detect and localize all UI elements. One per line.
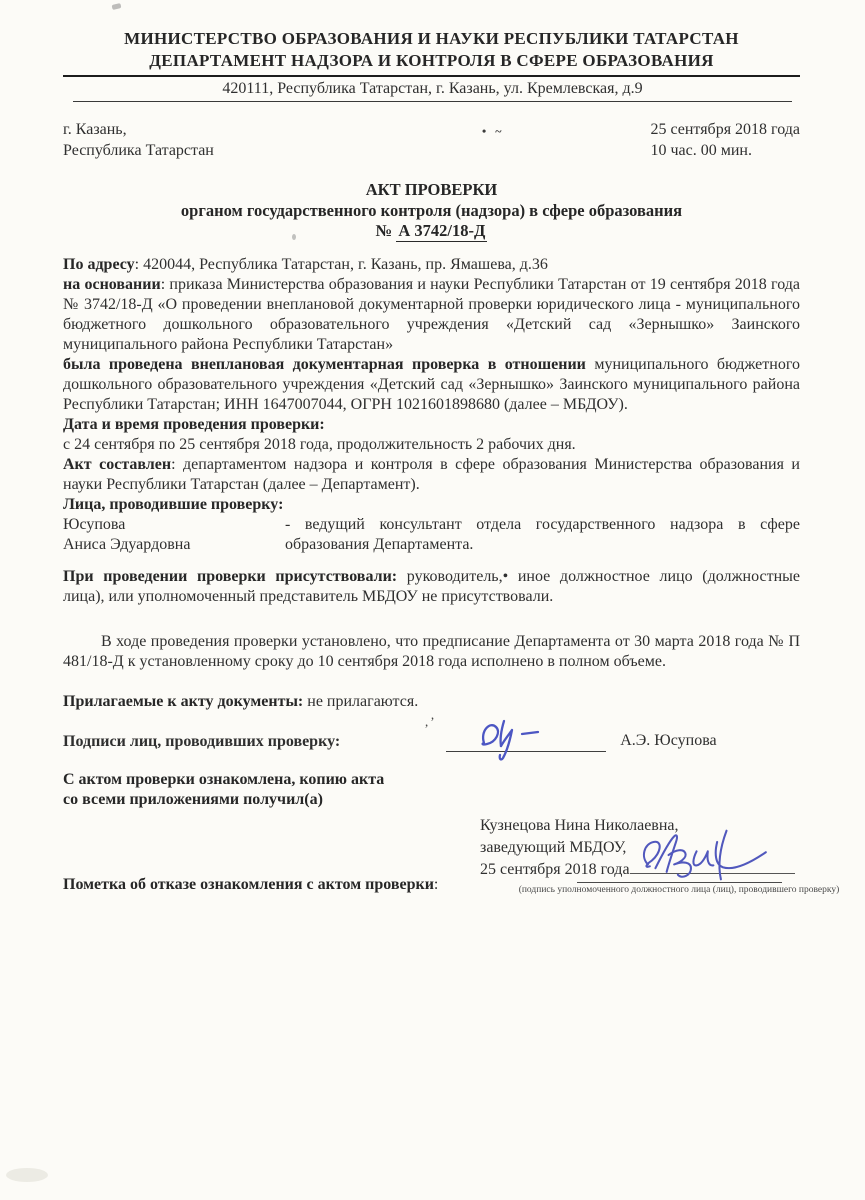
paragraph-address: По адресу: 420044, Республика Татарстан,… xyxy=(63,255,800,275)
ack-line1: С актом проверки ознакомлена, копию акта xyxy=(63,770,800,790)
inspector-signature-name: А.Э. Юсупова xyxy=(620,730,716,752)
attachments-label: Прилагаемые к акту документы: xyxy=(63,693,303,710)
acknowledgment-section: С актом проверки ознакомлена, копию акта… xyxy=(63,770,800,895)
title-line2: органом государственного контроля (надзо… xyxy=(63,201,800,222)
basis-value: : приказа Министерства образования и нау… xyxy=(63,276,800,353)
act-time: 10 час. 00 мин. xyxy=(650,140,800,161)
datetime-label: Дата и время проведения проверки: xyxy=(63,416,325,433)
letterhead-rule xyxy=(63,75,800,77)
inspector-name-column: Юсупова Аниса Эдуардовна xyxy=(63,515,285,555)
composed-value: : департаментом надзора и контроля в сфе… xyxy=(63,456,800,493)
date-block: 25 сентября 2018 года 10 час. 00 мин. xyxy=(650,119,800,161)
place-region: Республика Татарстан xyxy=(63,140,214,161)
conducted-label: была проведена внеплановая документарная… xyxy=(63,356,586,373)
signature-caption: (подпись уполномоченного должностного ли… xyxy=(503,885,855,896)
refusal-colon: : xyxy=(434,876,438,893)
signatures-label: Подписи лиц, проводивших проверку: xyxy=(63,732,340,752)
paragraph-datetime-label: Дата и время проведения проверки: xyxy=(63,415,800,435)
refusal-label: Пометка об отказе ознакомления с актом п… xyxy=(63,876,434,893)
paragraph-inspectors-label: Лица, проводившие проверку: xyxy=(63,495,800,515)
place-city: г. Казань, xyxy=(63,119,214,140)
letterhead-address: 420111, Республика Татарстан, г. Казань,… xyxy=(73,79,792,102)
paragraph-attendees: При проведении проверки присутствовали: … xyxy=(63,567,800,607)
scan-artifact-row: ,’ xyxy=(63,712,800,728)
place-block: г. Казань, Республика Татарстан xyxy=(63,119,214,161)
paragraph-datetime-value: с 24 сентября по 25 сентября 2018 года, … xyxy=(63,435,800,455)
ack-line2: со всеми приложениями получил(а) xyxy=(63,790,800,810)
scan-artifact-mark: • ~ xyxy=(482,121,504,142)
paragraph-findings: В ходе проведения проверки установлено, … xyxy=(63,632,800,672)
scan-speck xyxy=(6,1168,48,1182)
inspector-role: - ведущий консультант отдела государстве… xyxy=(285,515,800,555)
paragraph-composed: Акт составлен: департаментом надзора и к… xyxy=(63,455,800,495)
datetime-value: с 24 сентября по 25 сентября 2018 года, … xyxy=(63,436,576,453)
act-date: 25 сентября 2018 года xyxy=(650,119,800,140)
department-name: ДЕПАРТАМЕНТ НАДЗОРА И КОНТРОЛЯ В СФЕРЕ О… xyxy=(63,50,800,72)
paragraph-basis: на основании: приказа Министерства образ… xyxy=(63,275,800,355)
inspector-given-names: Аниса Эдуардовна xyxy=(63,535,285,555)
document-body: По адресу: 420044, Республика Татарстан,… xyxy=(63,255,800,895)
document-title: АКТ ПРОВЕРКИ органом государственного ко… xyxy=(63,180,800,242)
inspector-signature-handwriting-icon xyxy=(474,715,552,761)
address-label: По адресу xyxy=(63,256,135,273)
inspector-row: Юсупова Аниса Эдуардовна - ведущий консу… xyxy=(63,515,800,555)
recipient-signature-handwriting-icon xyxy=(630,827,780,885)
attendees-label: При проведении проверки присутствовали: xyxy=(63,568,397,585)
paragraph-conducted: была проведена внеплановая документарная… xyxy=(63,355,800,415)
caption-signature-line xyxy=(577,882,782,883)
inspector-signature-line xyxy=(446,730,606,752)
scan-artifact-mark: ,’ xyxy=(425,712,437,732)
recipient-date: 25 сентября 2018 года xyxy=(480,861,630,878)
composed-label: Акт составлен xyxy=(63,456,171,473)
inspector-surname: Юсупова xyxy=(63,515,285,535)
address-value: : 420044, Республика Татарстан, г. Казан… xyxy=(135,256,548,273)
signature-caption-block: (подпись уполномоченного должностного ли… xyxy=(503,882,855,896)
inspectors-label: Лица, проводившие проверку: xyxy=(63,496,283,513)
title-line1: АКТ ПРОВЕРКИ xyxy=(63,180,800,201)
place-date-row: г. Казань, Республика Татарстан • ~ 25 с… xyxy=(63,119,800,161)
title-number-line: № А 3742/18-Д xyxy=(63,221,800,242)
recipient-signature-line xyxy=(630,860,795,874)
letterhead: МИНИСТЕРСТВО ОБРАЗОВАНИЯ И НАУКИ РЕСПУБЛ… xyxy=(63,28,800,102)
document-page: МИНИСТЕРСТВО ОБРАЗОВАНИЯ И НАУКИ РЕСПУБЛ… xyxy=(0,0,865,895)
paragraph-attachments: Прилагаемые к акту документы: не прилага… xyxy=(63,692,800,712)
attachments-value: не прилагаются. xyxy=(303,693,418,710)
recipient-date-line: 25 сентября 2018 года xyxy=(480,859,800,881)
title-number-label: № xyxy=(376,221,397,240)
basis-label: на основании xyxy=(63,276,161,293)
recipient-block: Кузнецова Нина Николаевна, заведующий МБ… xyxy=(480,815,800,881)
scanned-document-page: { "header": { "line1": "МИНИСТЕРСТВО ОБР… xyxy=(0,0,865,1200)
ministry-name: МИНИСТЕРСТВО ОБРАЗОВАНИЯ И НАУКИ РЕСПУБЛ… xyxy=(63,28,800,50)
act-number: А 3742/18-Д xyxy=(396,221,487,242)
